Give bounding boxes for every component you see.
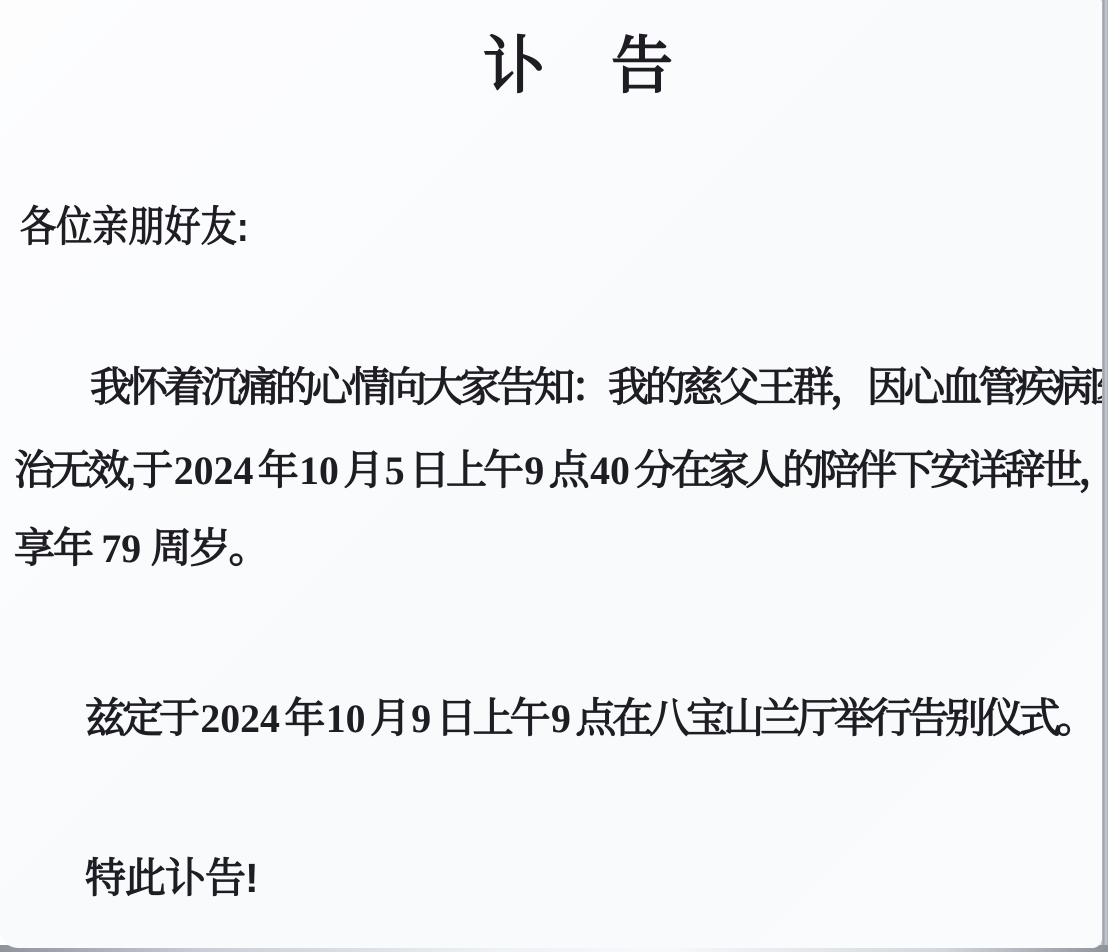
- body-paragraph2: 兹定于 2024 年 10 月 9 日上午 9 点在八宝山兰厅举行告别仪式。: [85, 698, 1093, 740]
- obituary-page: 讣 告 各位亲朋好友: 我怀着沉痛的心情向大家告知：我的慈父王群，因心血管疾病医…: [0, 0, 1102, 948]
- closing-line: 特此讣告!: [85, 858, 258, 899]
- obituary-photo: 讣 告 各位亲朋好友: 我怀着沉痛的心情向大家告知：我的慈父王群，因心血管疾病医…: [0, 0, 1108, 952]
- body-paragraph1-line3: 享年 79 周岁。: [14, 528, 268, 570]
- body-paragraph1-line1: 我怀着沉痛的心情向大家告知：我的慈父王群，因心血管疾病医: [90, 367, 1102, 408]
- salutation: 各位亲朋好友:: [20, 206, 249, 248]
- notice-title: 讣 告: [0, 36, 1102, 98]
- body-paragraph1-line2: 治无效,于 2024 年 10 月 5 日上午 9 点 40 分在家人的陪伴下安…: [14, 450, 1102, 492]
